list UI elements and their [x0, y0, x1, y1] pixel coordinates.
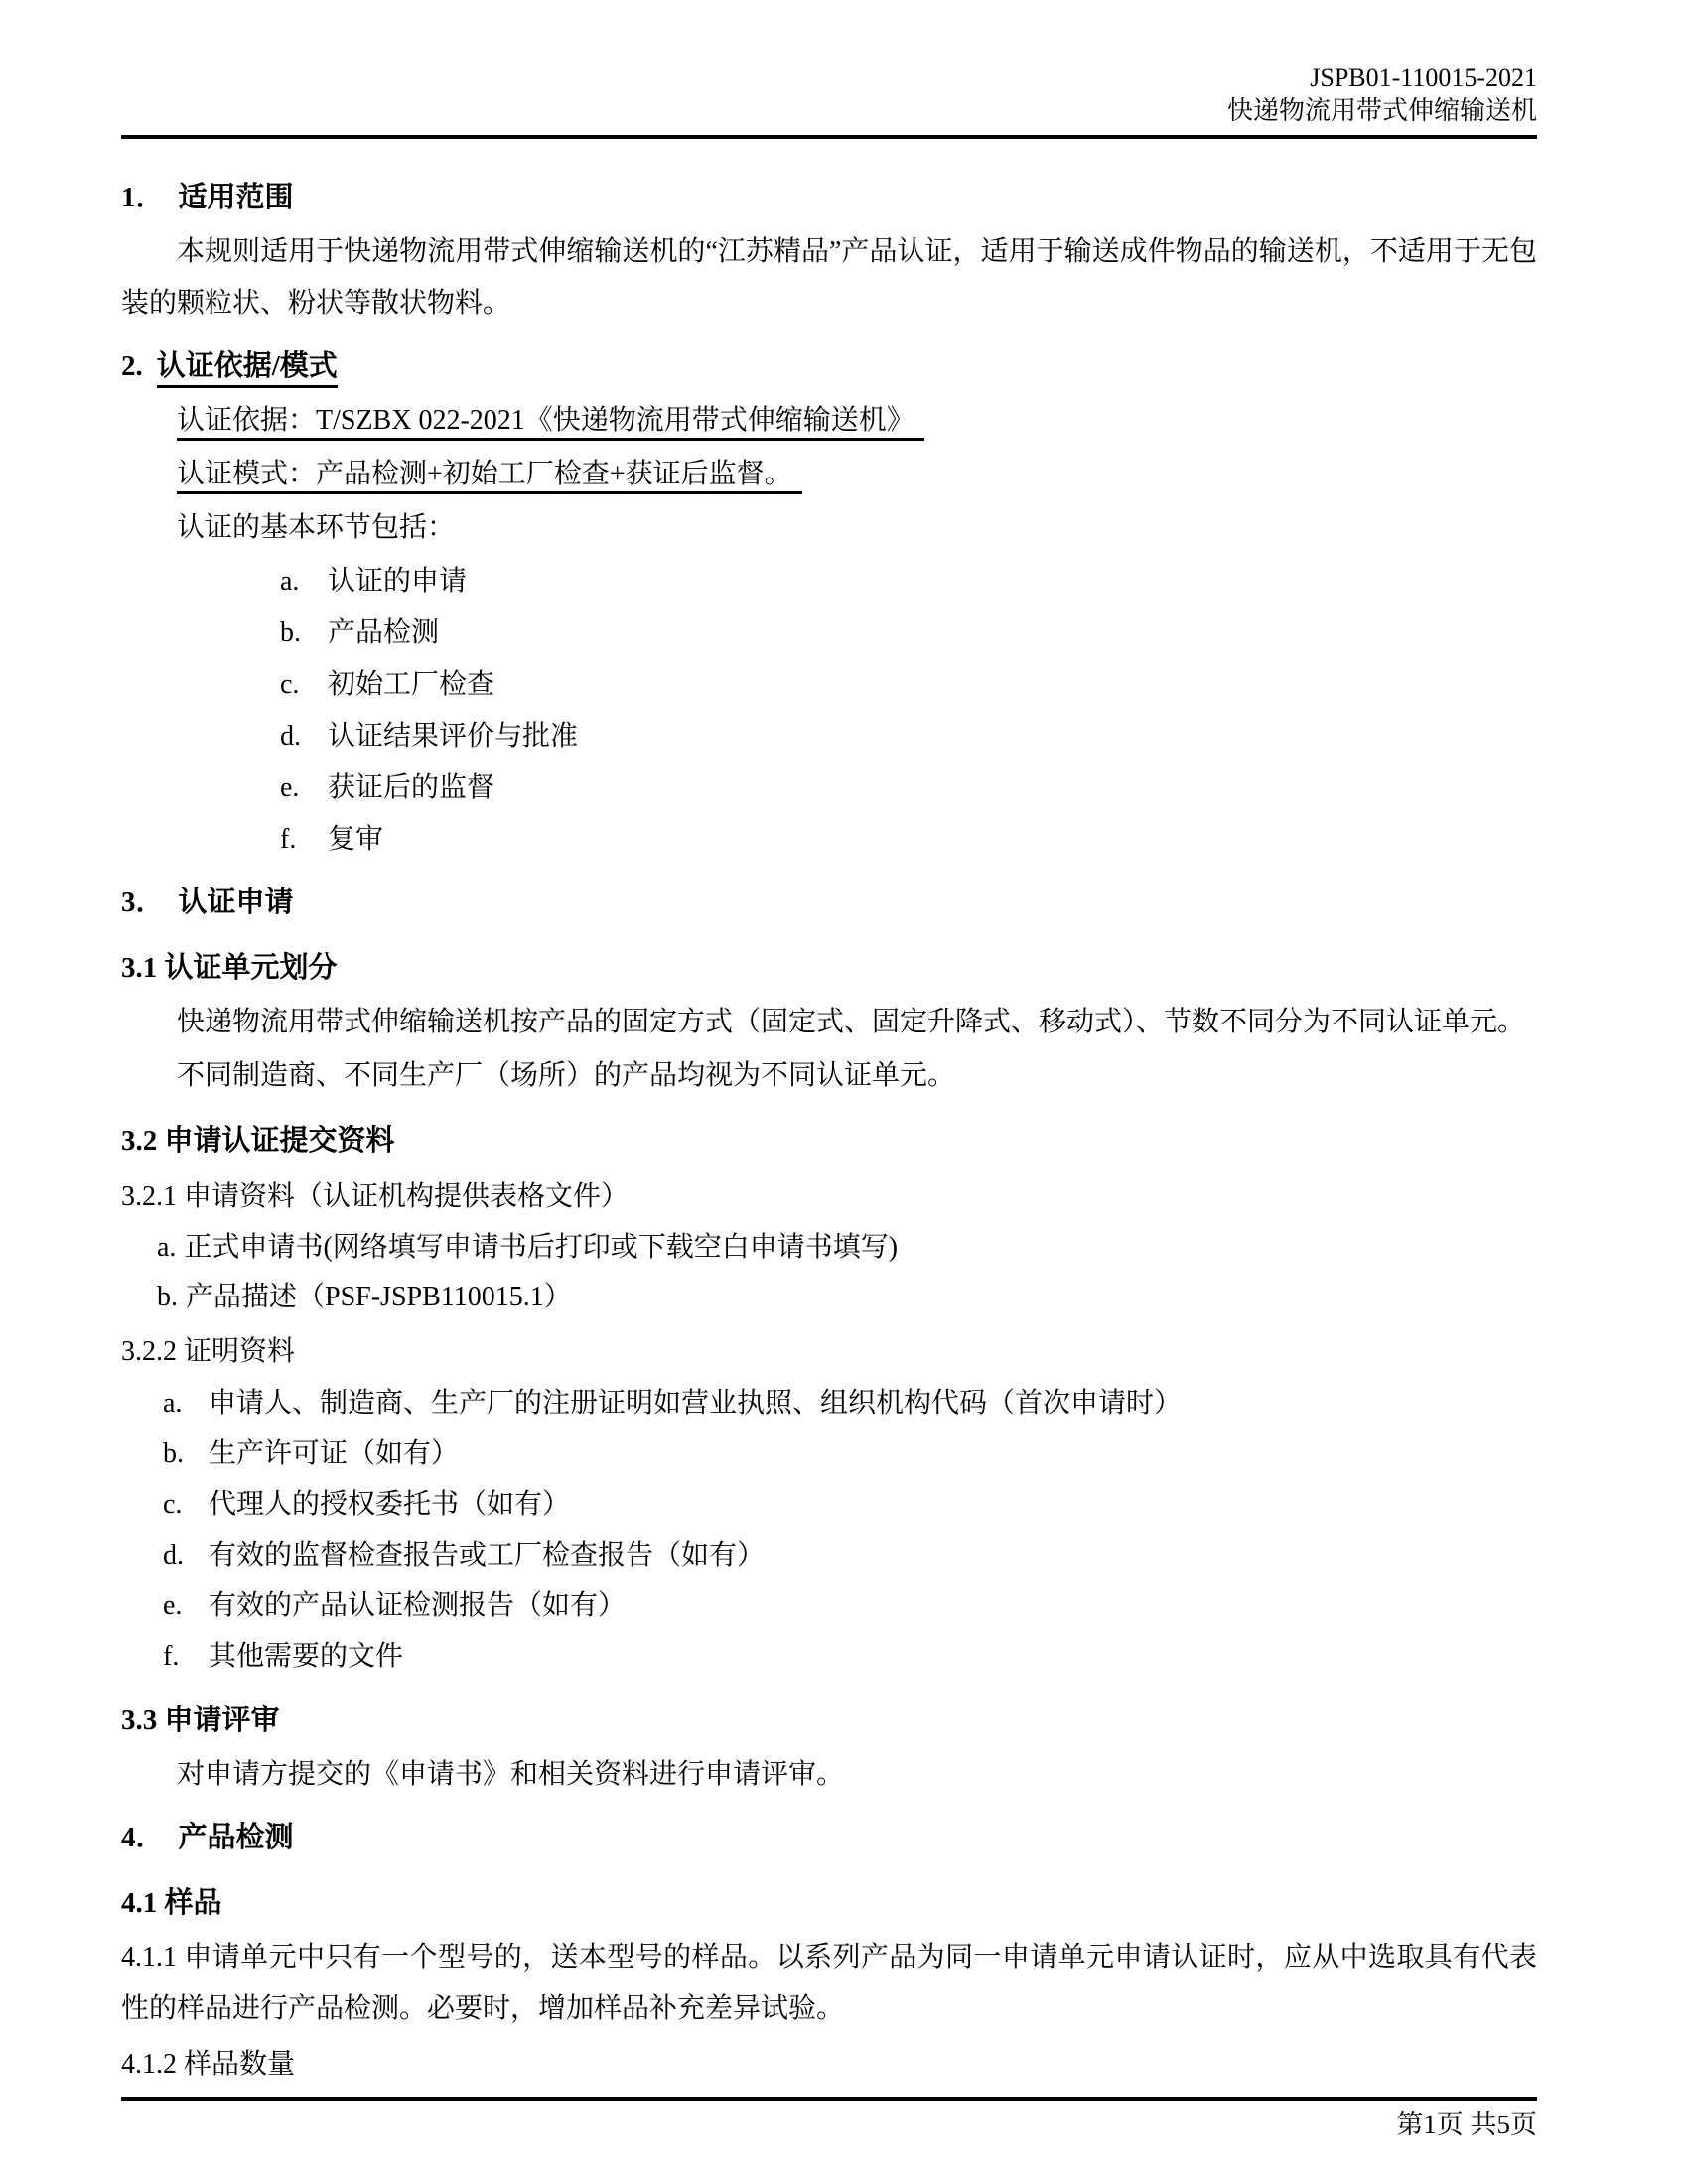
- list-item: c.初始工厂检查: [280, 659, 1537, 711]
- steps-intro: 认证的基本环节包括：: [121, 502, 1537, 554]
- section-2-title: 认证依据/模式: [157, 350, 338, 388]
- list-marker: c.: [280, 659, 314, 711]
- list-marker: f.: [280, 814, 314, 866]
- section-3-title: 认证申请: [179, 887, 294, 918]
- list-marker: d.: [163, 1530, 193, 1580]
- list-text: 其他需要的文件: [209, 1641, 403, 1672]
- list-item: a.申请人、制造商、生产厂的注册证明如营业执照、组织机构代码（首次申请时）: [163, 1378, 1537, 1429]
- section-1-heading: 1．适用范围: [121, 171, 1537, 224]
- list-text: 复审: [328, 824, 383, 855]
- proof-documents-list: a.申请人、制造商、生产厂的注册证明如营业执照、组织机构代码（首次申请时） b.…: [121, 1378, 1537, 1682]
- certification-basis-line: 认证依据：T/SZBX 022-2021《快递物流用带式伸缩输送机》: [121, 395, 1537, 447]
- section-3-3-heading: 3.3 申请评审: [121, 1694, 1537, 1747]
- list-item: b.产品检测: [280, 608, 1537, 659]
- list-text: 产品检测: [328, 617, 439, 648]
- certification-mode-line: 认证模式：产品检测+初始工厂检查+获证后监督。: [121, 449, 1537, 500]
- section-3-1-heading: 3.1 认证单元划分: [121, 941, 1537, 995]
- section-2-heading: 2.认证依据/模式: [121, 340, 1537, 393]
- list-text: 有效的产品认证检测报告（如有）: [209, 1590, 626, 1621]
- section-3-3-paragraph: 对申请方提交的《申请书》和相关资料进行申请评审。: [121, 1749, 1537, 1801]
- list-item: a.认证的申请: [280, 556, 1537, 608]
- list-text: 获证后的监督: [328, 772, 494, 803]
- list-item: a.正式申请书(网络填写申请书后打印或下载空白申请书填写): [157, 1223, 1537, 1273]
- header-rule: [121, 135, 1537, 139]
- list-marker: c.: [163, 1479, 193, 1530]
- section-4-1-1-paragraph: 4.1.1 申请单元中只有一个型号的，送本型号的样品。以系列产品为同一申请单元申…: [121, 1932, 1537, 2035]
- section-4-heading: 4．产品检测: [121, 1811, 1537, 1864]
- list-marker: b.: [163, 1429, 193, 1479]
- list-text: 产品描述（PSF-JSPB110015.1）: [186, 1282, 572, 1312]
- section-3-2-heading: 3.2 申请认证提交资料: [121, 1114, 1537, 1167]
- list-item: b.生产许可证（如有）: [163, 1429, 1537, 1479]
- doc-number: JSPB01-110015-2021: [121, 62, 1537, 94]
- list-marker: d.: [280, 711, 314, 762]
- list-text: 正式申请书(网络填写申请书后打印或下载空白申请书填写): [184, 1232, 898, 1263]
- page-footer: 第1页 共5页: [121, 2097, 1537, 2184]
- list-text: 认证的申请: [328, 566, 467, 597]
- list-item: c.代理人的授权委托书（如有）: [163, 1479, 1537, 1530]
- list-marker: a.: [163, 1378, 193, 1429]
- doc-title: 快递物流用带式伸缩输送机: [121, 94, 1537, 127]
- list-item: d.有效的监督检查报告或工厂检查报告（如有）: [163, 1530, 1537, 1580]
- list-text: 生产许可证（如有）: [209, 1438, 459, 1469]
- list-item: d.认证结果评价与批准: [280, 711, 1537, 762]
- list-marker: a.: [280, 556, 314, 608]
- list-text: 申请人、制造商、生产厂的注册证明如营业执照、组织机构代码（首次申请时）: [209, 1388, 1182, 1419]
- list-item: b.产品描述（PSF-JSPB110015.1）: [157, 1273, 1537, 1322]
- list-text: 有效的监督检查报告或工厂检查报告（如有）: [209, 1540, 765, 1570]
- section-3-heading: 3．认证申请: [121, 876, 1537, 929]
- section-4-1-2-heading: 4.1.2 样品数量: [121, 2039, 1537, 2091]
- document-page: JSPB01-110015-2021 快递物流用带式伸缩输送机 1．适用范围 本…: [0, 0, 1688, 2184]
- section-3-2-1-heading: 3.2.1 申请资料（认证机构提供表格文件）: [121, 1171, 1537, 1223]
- list-marker: e.: [280, 762, 314, 814]
- section-4-1-heading: 4.1 样品: [121, 1876, 1537, 1930]
- section-3-2-2-heading: 3.2.2 证明资料: [121, 1326, 1537, 1378]
- section-1-title: 适用范围: [179, 182, 294, 213]
- section-4-number: 4．: [121, 1822, 165, 1853]
- list-item: f.其他需要的文件: [163, 1631, 1537, 1682]
- page-header: JSPB01-110015-2021 快递物流用带式伸缩输送机: [121, 0, 1537, 127]
- list-marker: a.: [157, 1232, 176, 1263]
- list-text: 认证结果评价与批准: [328, 721, 578, 751]
- list-marker: b.: [157, 1282, 178, 1312]
- list-marker: f.: [163, 1631, 193, 1682]
- section-3-number: 3．: [121, 887, 165, 918]
- list-item: f.复审: [280, 814, 1537, 866]
- page-number: 第1页 共5页: [121, 2107, 1537, 2142]
- list-item: e.获证后的监督: [280, 762, 1537, 814]
- section-2-number: 2.: [121, 350, 143, 382]
- section-4-title: 产品检测: [179, 1822, 294, 1853]
- section-3-1-paragraph-1: 快递物流用带式伸缩输送机按产品的固定方式（固定式、固定升降式、移动式）、节数不同…: [121, 997, 1537, 1048]
- document-body: 1．适用范围 本规则适用于快递物流用带式伸缩输送机的“江苏精品”产品认证，适用于…: [121, 161, 1537, 2091]
- list-marker: b.: [280, 608, 314, 659]
- list-item: e.有效的产品认证检测报告（如有）: [163, 1580, 1537, 1631]
- list-text: 初始工厂检查: [328, 669, 494, 700]
- certification-steps-list: a.认证的申请 b.产品检测 c.初始工厂检查 d.认证结果评价与批准 e.获证…: [121, 556, 1537, 866]
- footer-rule: [121, 2097, 1537, 2101]
- section-3-1-paragraph-2: 不同制造商、不同生产厂（场所）的产品均视为不同认证单元。: [121, 1050, 1537, 1102]
- section-1-number: 1．: [121, 182, 165, 213]
- application-documents-list: a.正式申请书(网络填写申请书后打印或下载空白申请书填写) b.产品描述（PSF…: [121, 1223, 1537, 1322]
- list-text: 代理人的授权委托书（如有）: [209, 1489, 570, 1520]
- section-1-paragraph: 本规则适用于快递物流用带式伸缩输送机的“江苏精品”产品认证，适用于输送成件物品的…: [121, 226, 1537, 330]
- list-marker: e.: [163, 1580, 193, 1631]
